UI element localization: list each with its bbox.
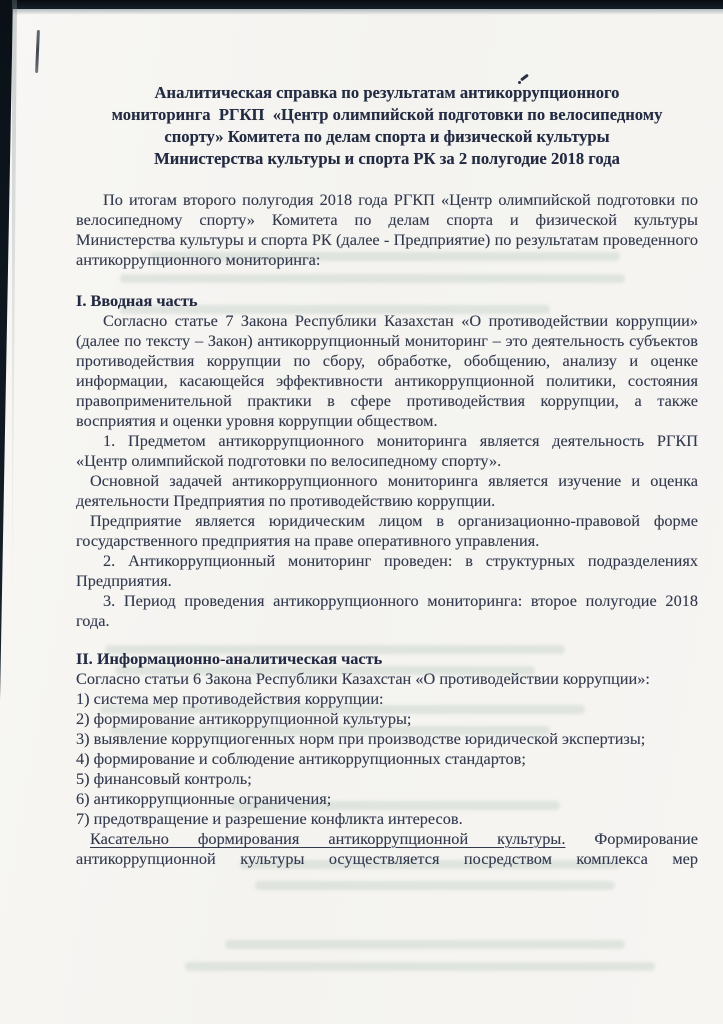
section-1-paragraph: 1. Предметом антикоррупционного монитори… (76, 431, 698, 471)
title-line: мониторинга РГКП «Центр олимпийской подг… (76, 104, 698, 126)
document-title: Аналитическая справка по результатам ант… (76, 82, 698, 170)
document-body: Аналитическая справка по результатам ант… (76, 0, 698, 869)
list-item: 5) финансовый контроль; (76, 769, 698, 789)
bleedthrough-line (255, 881, 615, 890)
intro-paragraph: По итогам второго полугодия 2018 года РГ… (76, 190, 698, 270)
ink-tick-dot (518, 81, 521, 84)
section-1-paragraph: Согласно статье 7 Закона Республики Каза… (76, 311, 698, 431)
section-1-heading: I. Вводная часть (76, 291, 698, 311)
title-line: спорту» Комитета по делам спорта и физич… (76, 126, 698, 148)
list-item: 1) система мер противодействия коррупции… (76, 689, 698, 709)
bleedthrough-line (225, 940, 625, 949)
scanner-edge-top-shadow (0, 9, 723, 15)
title-line: Министерства культуры и спорта РК за 2 п… (76, 148, 698, 170)
section-2-intro: Согласно статьи 6 Закона Республики Каза… (76, 669, 698, 689)
section-1-paragraph: Основной задачей антикоррупционного мони… (76, 471, 698, 511)
culture-paragraph: Касательно формирования антикоррупционно… (76, 829, 698, 869)
scanner-edge-top (0, 0, 723, 9)
section-1-paragraph: 3. Период проведения антикоррупционного … (76, 591, 698, 631)
underlined-lead-text: Касательно формирования антикоррупционно… (90, 829, 565, 848)
section-1-paragraph: 2. Антикоррупционный мониторинг проведен… (76, 551, 698, 591)
title-line: Аналитическая справка по результатам ант… (76, 82, 698, 104)
list-item: 7) предотвращение и разрешение конфликта… (76, 809, 698, 829)
section-2-heading: II. Информационно-аналитическая часть (76, 649, 698, 669)
list-item: 6) антикоррупционные ограничения; (76, 789, 698, 809)
list-item: 2) формирование антикоррупционной культу… (76, 709, 698, 729)
list-item: 3) выявление коррупциогенных норм при пр… (76, 729, 698, 749)
section-1-paragraph: Предприятие является юридическим лицом в… (76, 511, 698, 551)
scanned-page: Аналитическая справка по результатам ант… (0, 0, 723, 1024)
bleedthrough-line (185, 962, 655, 971)
list-item: 4) формирование и соблюдение антикоррупц… (76, 749, 698, 769)
